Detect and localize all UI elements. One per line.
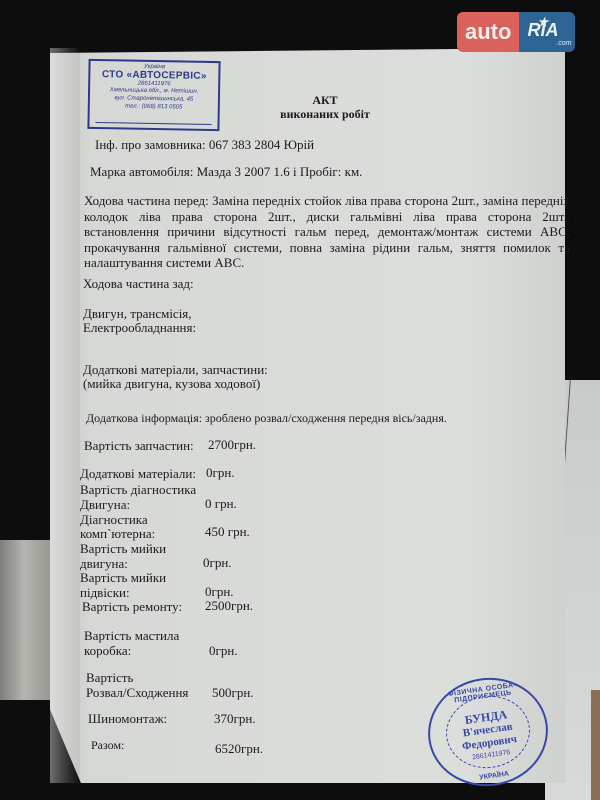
engine-label-1: Двигун, трансмісія, [83, 306, 192, 321]
watermark-auto: auto [457, 12, 519, 52]
cost-label-oil-1: Вартість мастила [84, 628, 179, 643]
cost-label-suspension-wash-1: Вартість мийки [80, 570, 166, 585]
owner-seal: ФІЗИЧНА ОСОБА-ПІДПРИЄМЕЦЬ БУНДА В'ячесла… [421, 670, 555, 794]
cost-label-tire-fitting: Шиномонтаж: [88, 711, 167, 726]
cost-value-parts: 2700грн. [208, 437, 256, 453]
company-stamp: Україна СТО «АВТОСЕРВІС» 2861411976 Хмел… [87, 59, 220, 131]
cost-label-engine-wash-2: двигуна: [80, 556, 128, 571]
car-info: Марка автомобіля: Мазда 3 2007 1.6 і Про… [90, 164, 362, 179]
total-value: 6520грн. [215, 741, 263, 757]
watermark-ria: ★ RIA .com [519, 12, 575, 52]
cost-label-oil-2: коробка: [84, 643, 131, 658]
document-content: Україна СТО «АВТОСЕРВІС» 2861411976 Хмел… [0, 0, 600, 800]
cost-value-engine-diag: 0 грн. [205, 496, 237, 512]
cost-value-tire-fitting: 370грн. [214, 711, 256, 727]
cost-value-repair: 2500грн. [205, 598, 253, 614]
engine-label-2: Електрообладнання: [83, 320, 196, 335]
cost-label-suspension-wash-2: підвіски: [80, 585, 130, 600]
cost-label-engine-wash-1: Вартість мийки [80, 541, 166, 556]
cost-label-engine-diag-1: Вартість діагностика [80, 482, 196, 497]
extra-materials-label-1: Додаткові матеріали, запчастини: [83, 362, 268, 377]
total-label: Разом: [91, 738, 124, 753]
autoria-watermark: auto ★ RIA .com [457, 12, 575, 52]
cost-label-alignment-1: Вартість [86, 670, 133, 685]
cost-value-engine-wash: 0грн. [203, 555, 232, 571]
cost-value-alignment: 500грн. [212, 685, 254, 701]
document-title-block: АКТ виконаних робіт [270, 93, 380, 121]
cost-label-repair: Вартість ремонту: [82, 599, 182, 614]
front-suspension-work: Ходова частина перед: Заміна передніх ст… [84, 193, 570, 271]
cost-value-oil: 0грн. [209, 643, 238, 659]
stamp-phone: тел.: (068) 813 0505 [90, 102, 218, 112]
rear-suspension-label: Ходова частина зад: [83, 276, 194, 291]
cost-label-alignment-2: Розвал/Сходження [86, 685, 188, 700]
cost-label-computer-diag-1: Діагностика [80, 512, 148, 527]
document-title: АКТ [270, 93, 380, 107]
additional-info: Додаткова інформація: зроблено розвал/сх… [86, 411, 447, 426]
star-icon: ★ [537, 12, 548, 40]
watermark-domain: .com [556, 26, 571, 52]
document-subtitle: виконаних робіт [270, 107, 380, 121]
cost-label-materials: Додаткові матеріали: [80, 466, 196, 481]
cost-value-computer-diag: 450 грн. [205, 524, 250, 540]
stamp-signature-line [96, 122, 212, 125]
customer-info: Інф. про замовника: 067 383 2804 Юрій [95, 137, 314, 152]
cost-label-engine-diag-2: Двигуна: [80, 497, 130, 512]
cost-value-materials: 0грн. [206, 465, 235, 481]
cost-label-computer-diag-2: комп`ютерна: [80, 526, 155, 541]
cost-label-parts: Вартість запчастин: [84, 438, 194, 453]
seal-country: УКРАЇНА [436, 765, 552, 788]
extra-materials-label-2: (мийка двигуна, кузова ходової) [83, 376, 260, 391]
